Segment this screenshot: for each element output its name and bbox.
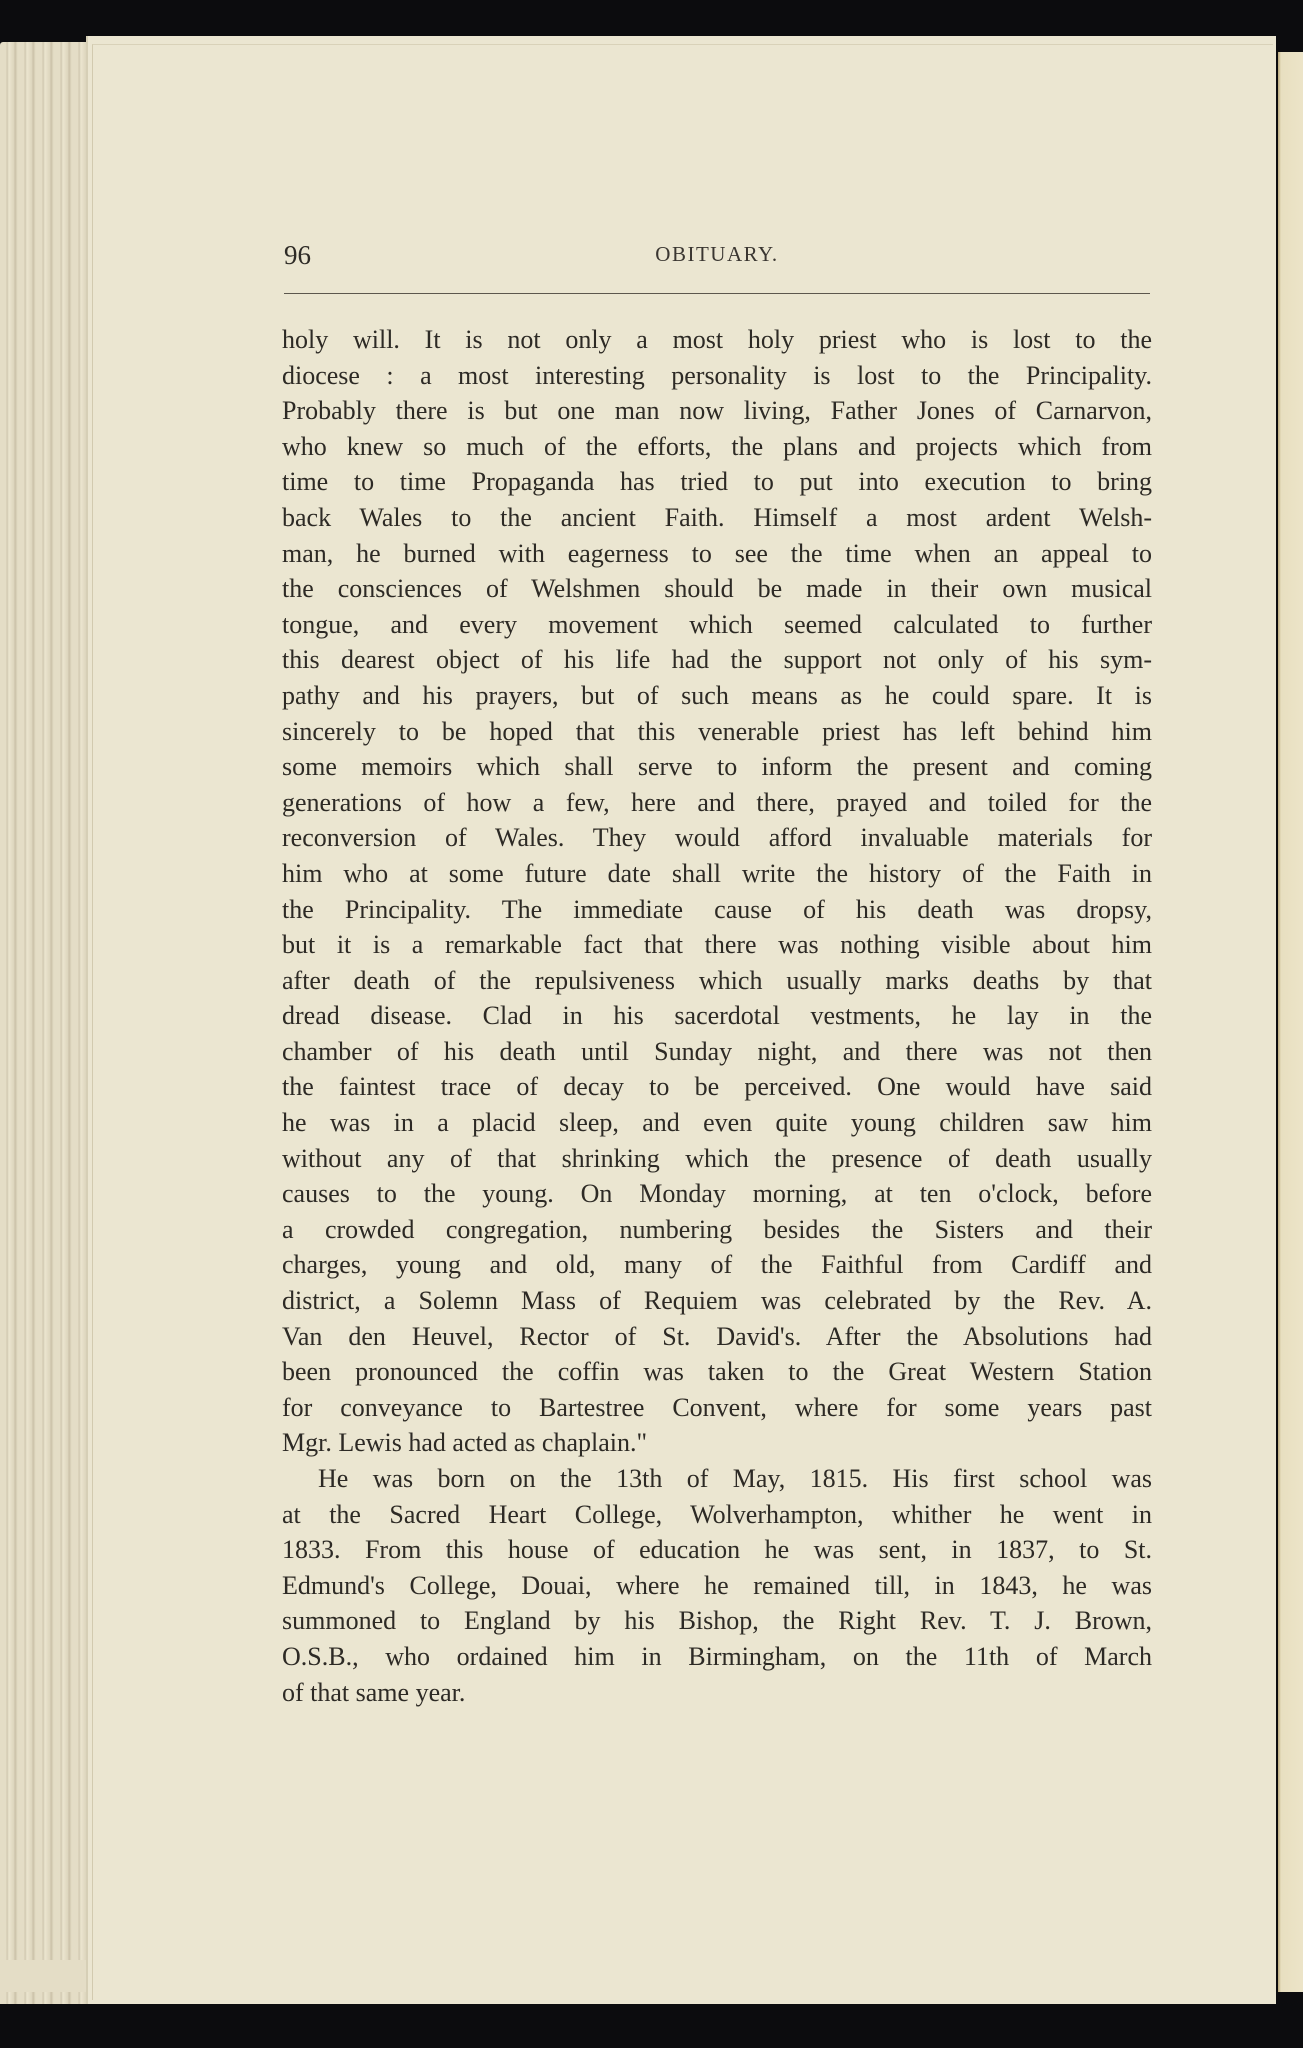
text-line: the faintest trace of decay to be percei… bbox=[282, 1069, 1152, 1105]
body-text: holy will. It is not only a most holy pr… bbox=[282, 322, 1152, 1710]
text-line: Mgr. Lewis had acted as chaplain." bbox=[282, 1425, 1152, 1461]
text-line: time to time Propaganda has tried to put… bbox=[282, 464, 1152, 500]
text-line: but it is a remarkable fact that there w… bbox=[282, 927, 1152, 963]
text-line: back Wales to the ancient Faith. Himself… bbox=[282, 500, 1152, 536]
text-line: Edmund's College, Douai, where he remain… bbox=[282, 1568, 1152, 1604]
running-head: OBITUARY. bbox=[284, 242, 1150, 267]
facing-page-edge bbox=[1278, 52, 1303, 1992]
text-line: generations of how a few, here and there… bbox=[282, 785, 1152, 821]
text-line: he was in a placid sleep, and even quite… bbox=[282, 1105, 1152, 1141]
text-line: reconversion of Wales. They would afford… bbox=[282, 820, 1152, 856]
text-line: tongue, and every movement which seemed … bbox=[282, 607, 1152, 643]
text-line: Probably there is but one man now living… bbox=[282, 393, 1152, 429]
text-line: a crowded congregation, numbering beside… bbox=[282, 1212, 1152, 1248]
text-line: 1833. From this house of education he wa… bbox=[282, 1532, 1152, 1568]
text-line: man, he burned with eagerness to see the… bbox=[282, 536, 1152, 572]
header-rule bbox=[284, 293, 1150, 294]
page-stack-edges bbox=[0, 42, 100, 2004]
text-line: without any of that shrinking which the … bbox=[282, 1141, 1152, 1177]
text-line: summoned to England by his Bishop, the R… bbox=[282, 1603, 1152, 1639]
text-line: of that same year. bbox=[282, 1675, 1152, 1711]
text-line: the consciences of Welshmen should be ma… bbox=[282, 571, 1152, 607]
text-line: who knew so much of the efforts, the pla… bbox=[282, 429, 1152, 465]
paragraph-2: He was born on the 13th of May, 1815. Hi… bbox=[282, 1461, 1152, 1710]
text-line: Van den Heuvel, Rector of St. David's. A… bbox=[282, 1319, 1152, 1355]
text-line: district, a Solemn Mass of Requiem was c… bbox=[282, 1283, 1152, 1319]
text-line: diocese : a most interesting personality… bbox=[282, 358, 1152, 394]
text-line: sincerely to be hoped that this venerabl… bbox=[282, 714, 1152, 750]
text-line: the Principality. The immediate cause of… bbox=[282, 892, 1152, 928]
text-line: chamber of his death until Sunday night,… bbox=[282, 1034, 1152, 1070]
text-line: some memoirs which shall serve to inform… bbox=[282, 749, 1152, 785]
page-header: 96 OBITUARY. bbox=[284, 240, 1150, 270]
text-line: He was born on the 13th of May, 1815. Hi… bbox=[282, 1461, 1152, 1497]
text-line: dread disease. Clad in his sacerdotal ve… bbox=[282, 998, 1152, 1034]
text-line: this dearest object of his life had the … bbox=[282, 642, 1152, 678]
text-line: O.S.B., who ordained him in Birmingham, … bbox=[282, 1639, 1152, 1675]
text-line: causes to the young. On Monday morning, … bbox=[282, 1176, 1152, 1212]
text-line: charges, young and old, many of the Fait… bbox=[282, 1247, 1152, 1283]
paragraph-1: holy will. It is not only a most holy pr… bbox=[282, 322, 1152, 1461]
text-line: been pronounced the coffin was taken to … bbox=[282, 1354, 1152, 1390]
text-line: at the Sacred Heart College, Wolverhampt… bbox=[282, 1497, 1152, 1533]
text-line: him who at some future date shall write … bbox=[282, 856, 1152, 892]
text-line: holy will. It is not only a most holy pr… bbox=[282, 322, 1152, 358]
text-line: for conveyance to Bartestree Convent, wh… bbox=[282, 1390, 1152, 1426]
page-stack-lower-edge bbox=[0, 1960, 95, 1992]
text-line: after death of the repulsiveness which u… bbox=[282, 963, 1152, 999]
text-line: pathy and his prayers, but of such means… bbox=[282, 678, 1152, 714]
